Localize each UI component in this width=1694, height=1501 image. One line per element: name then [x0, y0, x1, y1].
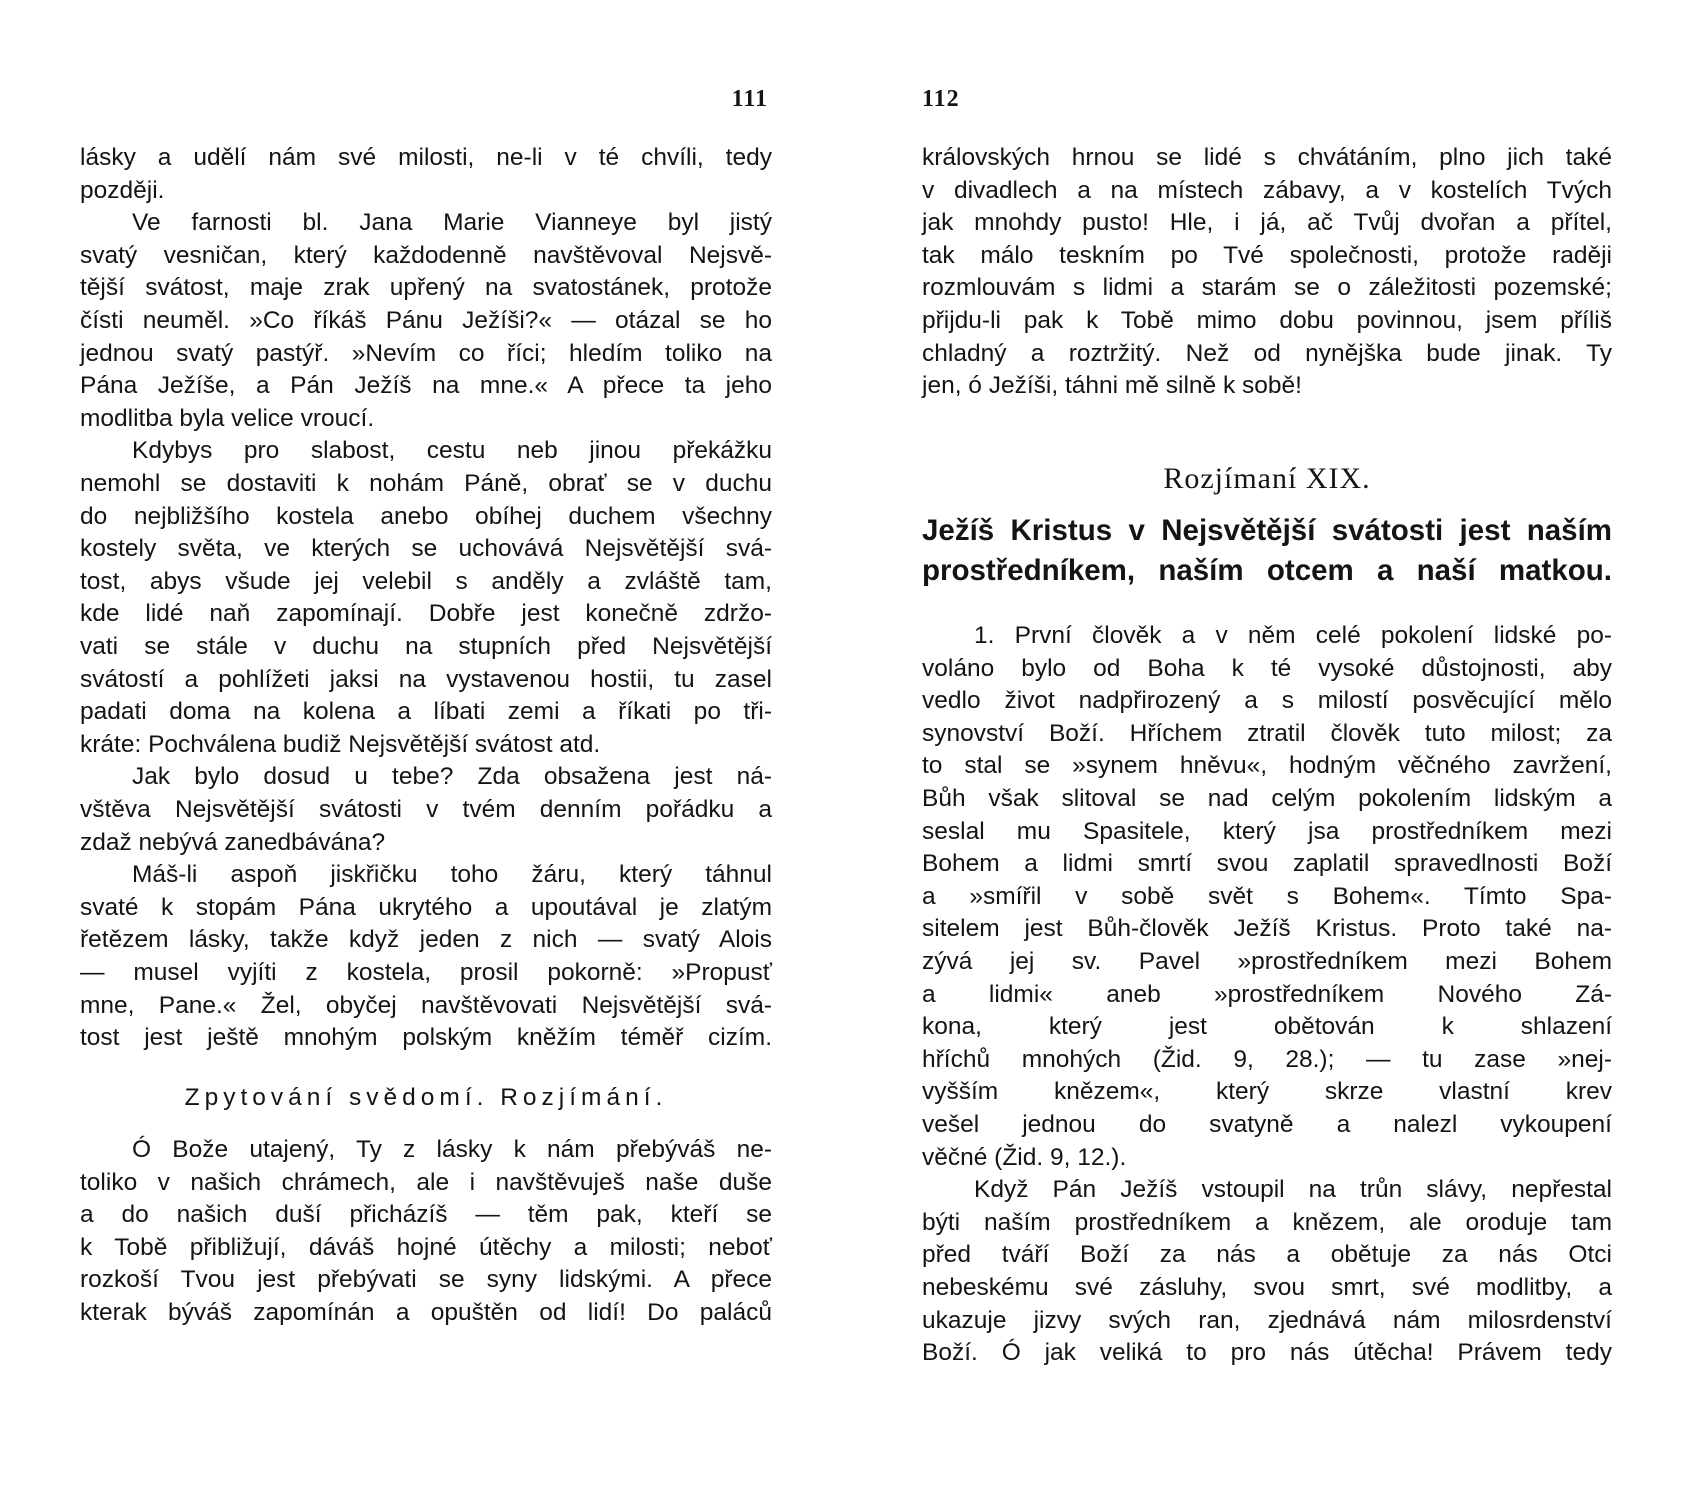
text-line: později.	[80, 175, 772, 207]
text-line: kráte: Pochválena budiž Nejsvětější svát…	[80, 729, 772, 761]
text-line: přijdu-li pak k Tobě mimo dobu povinnou,…	[922, 305, 1612, 337]
text-line: čísti neuměl. »Co říkáš Pánu Ježíši?« — …	[80, 305, 772, 337]
text-line: hříchů mnohých (Žid. 9, 28.); — tu zase …	[922, 1044, 1612, 1076]
text-line: a »smířil v sobě svět s Bohem«. Tímto Sp…	[922, 881, 1612, 913]
text-line: voláno bylo od Boha k té vysoké důstojno…	[922, 653, 1612, 685]
text-line: mne, Pane.« Žel, obyčej navštěvovati Nej…	[80, 990, 772, 1022]
text-line: Boží. Ó jak veliká to pro nás útěcha! Pr…	[922, 1337, 1612, 1369]
text-line: Když Pán Ježíš vstoupil na trůn slávy, n…	[922, 1174, 1612, 1206]
text-line: do nejbližšího kostela anebo obíhej duch…	[80, 501, 772, 533]
text-line: před tváří Boží za nás a obětuje za nás …	[922, 1239, 1612, 1271]
text-line: rozkoší Tvou jest přebývati se syny lids…	[80, 1264, 772, 1296]
text-line: nemohl se dostaviti k nohám Páně, obrať …	[80, 468, 772, 500]
text-line: Bohem a lidmi smrtí svou zaplatil sprave…	[922, 848, 1612, 880]
text-line: Kdybys pro slabost, cestu neb jinou přek…	[80, 435, 772, 467]
chapter-title-line: Ježíš Kristus v Nejsvětější svátosti jes…	[922, 512, 1612, 550]
text-line: býti naším prostředníkem a knězem, ale o…	[922, 1207, 1612, 1239]
text-line: kde lidé naň zapomínají. Dobře jest kone…	[80, 598, 772, 630]
chapter-label: Rozjímaní XIX.	[922, 462, 1612, 496]
text-line: Pána Ježíše, a Pán Ježíš na mne.« A přec…	[80, 370, 772, 402]
text-line: jednou svatý pastýř. »Nevím co říci; hle…	[80, 338, 772, 370]
text-line: 1. První člověk a v něm celé pokolení li…	[922, 620, 1612, 652]
text-line: a do našich duší přicházíš — těm pak, kt…	[80, 1199, 772, 1231]
page-number: 111	[732, 86, 768, 113]
text-line: jak mnohdy pusto! Hle, i já, ač Tvůj dvo…	[922, 207, 1612, 239]
page-number: 112	[922, 86, 960, 113]
text-line: vštěva Nejsvětější svátosti v tvém denní…	[80, 794, 772, 826]
text-line: svátostí a pohlížeti jaksi na vystavenou…	[80, 664, 772, 696]
text-line: vati se stále v duchu na stupních před N…	[80, 631, 772, 663]
text-line: toliko v našich chrámech, ale i navštěvu…	[80, 1167, 772, 1199]
text-line: věčné (Žid. 9, 12.).	[922, 1142, 1612, 1174]
text-line: svaté k stopám Pána ukrytého a upoutával…	[80, 892, 772, 924]
text-line: Ve farnosti bl. Jana Marie Vianneye byl …	[80, 207, 772, 239]
text-line: k Tobě přibližují, dáváš hojné útěchy a …	[80, 1232, 772, 1264]
text-line: rozmlouvám s lidmi a starám se o záležit…	[922, 272, 1612, 304]
text-line: zdaž nebývá zanedbávána?	[80, 827, 772, 859]
text-line: řetězem lásky, takže když jeden z nich —…	[80, 924, 772, 956]
text-line: Máš-li aspoň jiskřičku toho žáru, který …	[80, 859, 772, 891]
text-line: Bůh však slitoval se nad celým pokolením…	[922, 783, 1612, 815]
text-line: ukazuje jizvy svých ran, zjednává nám mi…	[922, 1305, 1612, 1337]
text-line: lásky a udělí nám své milosti, ne-li v t…	[80, 142, 772, 174]
text-line: tější svátost, maje zrak upřený na svato…	[80, 272, 772, 304]
text-line: vyšším knězem«, který skrze vlastní krev	[922, 1076, 1612, 1108]
text-line: tak málo teskním po Tvé společnosti, pro…	[922, 240, 1612, 272]
text-line: vešel jednou do svatyně a nalezl vykoupe…	[922, 1109, 1612, 1141]
text-line: zývá jej sv. Pavel »prostředníkem mezi B…	[922, 946, 1612, 978]
text-line: a lidmi« aneb »prostředníkem Nového Zá-	[922, 979, 1612, 1011]
text-line: padati doma na kolena a líbati zemi a ří…	[80, 696, 772, 728]
text-line: synovství Boží. Hříchem ztratil člověk t…	[922, 718, 1612, 750]
text-line: královských hrnou se lidé s chvátáním, p…	[922, 142, 1612, 174]
section-heading: Zpytování svědomí. Rozjímání.	[80, 1082, 772, 1114]
text-line: — musel vyjíti z kostela, prosil pokorně…	[80, 957, 772, 989]
text-line: modlitba byla velice vroucí.	[80, 403, 772, 435]
text-line: tost, abys všude jej velebil s anděly a …	[80, 566, 772, 598]
text-line: to stal se »synem hněvu«, hodným věčného…	[922, 750, 1612, 782]
text-line: Jak bylo dosud u tebe? Zda obsažena jest…	[80, 761, 772, 793]
text-line: kterak býváš zapomínán a opuštěn od lidí…	[80, 1297, 772, 1329]
text-line: vedlo život nadpřirozený a s milostí pos…	[922, 685, 1612, 717]
text-line: jen, ó Ježíši, táhni mě silně k sobě!	[922, 370, 1612, 402]
text-line: svatý vesničan, který každodenně navštěv…	[80, 240, 772, 272]
text-line: kostely světa, ve kterých se uchovává Ne…	[80, 533, 772, 565]
text-line: sitelem jest Bůh-člověk Ježíš Kristus. P…	[922, 913, 1612, 945]
text-line: tost jest ještě mnohým polským kněžím té…	[80, 1022, 772, 1054]
chapter-title-line: prostředníkem, naším otcem a naší matkou…	[922, 552, 1612, 590]
text-line: chladný a roztržitý. Než od nynějška bud…	[922, 338, 1612, 370]
text-line: kona, který jest obětován k shlazení	[922, 1011, 1612, 1043]
text-line: v divadlech a na místech zábavy, a v kos…	[922, 175, 1612, 207]
text-line: seslal mu Spasitele, který jsa prostředn…	[922, 816, 1612, 848]
text-line: Ó Bože utajený, Ty z lásky k nám přebývá…	[80, 1134, 772, 1166]
text-line: nebeskému své zásluhy, svou smrt, své mo…	[922, 1272, 1612, 1304]
